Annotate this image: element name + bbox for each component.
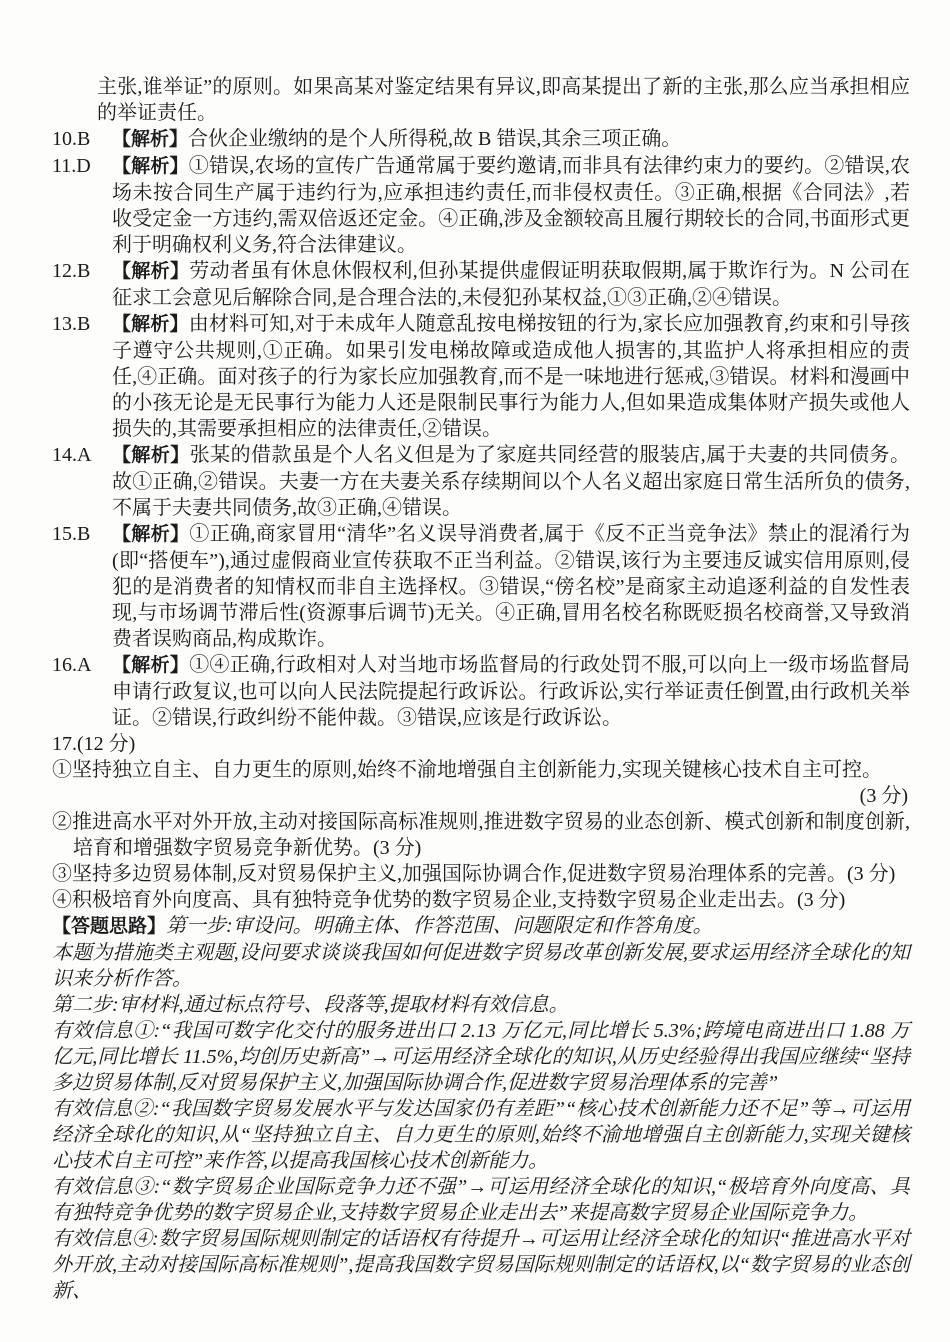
analysis-text: ①④正确,行政相对人对当地市场监督局的行政处罚不服,可以向上一级市场监督局申请行…: [112, 654, 910, 729]
answer-item-10: 10.B 【解析】合伙企业缴纳的是个人所得税,故 B 错误,其余三项正确。: [52, 126, 910, 153]
answer-item-16: 16.A 【解析】①④正确,行政相对人对当地市场监督局的行政处罚不服,可以向上一…: [52, 652, 910, 731]
answer-explanation: 【解析】由材料可知,对于未成年人随意乱按电梯按钮的行为,家长应加强教育,约束和引…: [112, 311, 910, 442]
question-number: 12.B: [52, 258, 112, 284]
guide-step-1: 【答题思路】第一步:审设问。明确主体、作答范围、问题限定和作答角度。: [52, 913, 910, 940]
question-number: 15.B: [52, 521, 112, 547]
answer-item-11: 11.D 【解析】①错误,农场的宣传广告通常属于要约邀请,而非具有法律约束力的要…: [52, 153, 910, 258]
analysis-label: 【解析】: [112, 261, 189, 282]
answer-item-12: 12.B 【解析】劳动者虽有休息休假权利,但孙某提供虚假证明获取假期,属于欺诈行…: [52, 258, 910, 311]
answer-explanation: 【解析】①错误,农场的宣传广告通常属于要约邀请,而非具有法律约束力的要约。②错误…: [112, 153, 910, 258]
guide-step-1-text: 第一步:审设问。明确主体、作答范围、问题限定和作答角度。: [166, 915, 713, 937]
answer-point-3: ③坚持多边贸易体制,反对贸易保护主义,加强国际协调合作,促进数字贸易治理体系的完…: [52, 861, 910, 887]
question-number: 16.A: [52, 652, 112, 678]
guide-info-2: 有效信息②:“我国数字贸易发展水平与发达国家仍有差距”“核心技术创新能力还不足”…: [52, 1096, 910, 1174]
answer-explanation: 【解析】①正确,商家冒用“清华”名义误导消费者,属于《反不正当竞争法》禁止的混淆…: [112, 521, 910, 652]
analysis-text: 合伙企业缴纳的是个人所得税,故 B 错误,其余三项正确。: [188, 128, 681, 150]
answer-item-14: 14.A 【解析】张某的借款虽是个人名义但是为了家庭共同经营的服装店,属于夫妻的…: [52, 442, 910, 521]
analysis-text: 劳动者虽有休息休假权利,但孙某提供虚假证明获取假期,属于欺诈行为。N 公司在征求…: [112, 260, 910, 309]
answer-explanation: 【解析】合伙企业缴纳的是个人所得税,故 B 错误,其余三项正确。: [112, 126, 910, 153]
guide-label: 【答题思路】: [52, 916, 166, 937]
question-number: 13.B: [52, 311, 112, 337]
continuation-paragraph: 主张,谁举证”的原则。如果高某对鉴定结果有异议,即高某提出了新的主张,那么应当承…: [52, 74, 910, 126]
question-number: 11.D: [52, 153, 112, 179]
analysis-label: 【解析】: [112, 524, 189, 545]
analysis-label: 【解析】: [112, 314, 189, 335]
answer-explanation: 【解析】张某的借款虽是个人名义但是为了家庭共同经营的服装店,属于夫妻的共同债务。…: [112, 442, 910, 521]
answer-point-4: ④积极培育外向度高、具有独特竞争优势的数字贸易企业,支持数字贸易企业走出去。(3…: [52, 887, 910, 913]
answer-point-1: ①坚持独立自主、自力更生的原则,始终不渝地增强自主创新能力,实现关键核心技术自主…: [52, 757, 910, 783]
answer-point-2: ②推进高水平对外开放,主动对接国际高标准规则,推进数字贸易的业态创新、模式创新和…: [52, 809, 910, 861]
analysis-label: 【解析】: [112, 445, 190, 466]
question-number: 10.B: [52, 126, 112, 152]
analysis-text: 由材料可知,对于未成年人随意乱按电梯按钮的行为,家长应加强教育,约束和引导孩子遵…: [112, 313, 910, 440]
guide-info-4: 有效信息④:数字贸易国际规则制定的话语权有待提升→可运用让经济全球化的知识“推进…: [52, 1226, 910, 1304]
guide-info-3: 有效信息③:“数字贸易企业国际竞争力还不强”→可运用经济全球化的知识,“极培育外…: [52, 1174, 910, 1226]
answer-explanation: 【解析】劳动者虽有休息休假权利,但孙某提供虚假证明获取假期,属于欺诈行为。N 公…: [112, 258, 910, 311]
question-17-heading: 17.(12 分): [52, 731, 910, 757]
analysis-label: 【解析】: [112, 156, 189, 177]
question-number: 14.A: [52, 442, 112, 468]
analysis-text: ①正确,商家冒用“清华”名义误导消费者,属于《反不正当竞争法》禁止的混淆行为(即…: [112, 523, 910, 650]
analysis-label: 【解析】: [112, 129, 188, 150]
guide-info-1: 有效信息①:“我国可数字化交付的服务进出口 2.13 万亿元,同比增长 5.3%…: [52, 1018, 910, 1096]
analysis-text: 张某的借款虽是个人名义但是为了家庭共同经营的服装店,属于夫妻的共同债务。故①正确…: [112, 444, 910, 519]
answer-explanation: 【解析】①④正确,行政相对人对当地市场监督局的行政处罚不服,可以向上一级市场监督…: [112, 652, 910, 731]
analysis-label: 【解析】: [112, 655, 189, 676]
answer-sheet-page: 主张,谁举证”的原则。如果高某对鉴定结果有异议,即高某提出了新的主张,那么应当承…: [0, 0, 950, 1342]
answer-item-13: 13.B 【解析】由材料可知,对于未成年人随意乱按电梯按钮的行为,家长应加强教育…: [52, 311, 910, 442]
analysis-text: ①错误,农场的宣传广告通常属于要约邀请,而非具有法律约束力的要约。②错误,农场未…: [112, 155, 910, 256]
score-line: (3 分): [52, 783, 910, 809]
guide-paragraph-overview: 本题为措施类主观题,设问要求谈谈我国如何促进数字贸易改革创新发展,要求运用经济全…: [52, 940, 910, 992]
guide-step-2: 第二步:审材料,通过标点符号、段落等,提取材料有效信息。: [52, 992, 910, 1018]
answer-item-15: 15.B 【解析】①正确,商家冒用“清华”名义误导消费者,属于《反不正当竞争法》…: [52, 521, 910, 652]
